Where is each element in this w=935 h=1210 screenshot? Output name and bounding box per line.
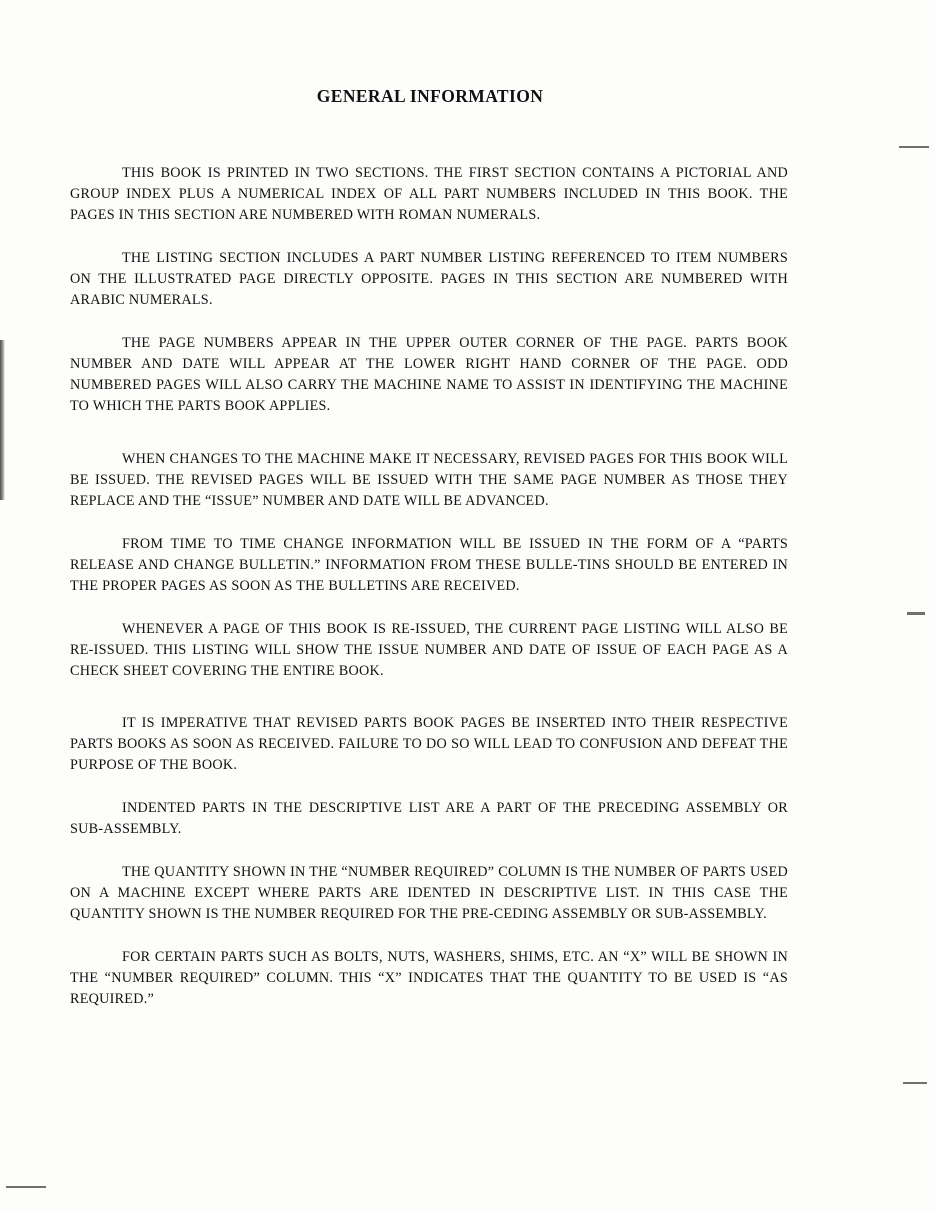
scan-mark <box>6 1186 46 1188</box>
paragraph: THIS BOOK IS PRINTED IN TWO SECTIONS. TH… <box>70 163 788 226</box>
scan-mark <box>899 146 929 148</box>
paragraph: WHEN CHANGES TO THE MACHINE MAKE IT NECE… <box>70 449 788 512</box>
paragraph: THE QUANTITY SHOWN IN THE “NUMBER REQUIR… <box>70 862 788 925</box>
scan-mark <box>903 1082 927 1084</box>
paragraph: FROM TIME TO TIME CHANGE INFORMATION WIL… <box>70 534 788 597</box>
paragraph: THE LISTING SECTION INCLUDES A PART NUMB… <box>70 248 788 311</box>
paragraph: INDENTED PARTS IN THE DESCRIPTIVE LIST A… <box>70 798 788 840</box>
document-body: THIS BOOK IS PRINTED IN TWO SECTIONS. TH… <box>70 163 788 1010</box>
paragraph: FOR CERTAIN PARTS SUCH AS BOLTS, NUTS, W… <box>70 947 788 1010</box>
scan-mark <box>907 612 925 615</box>
page-title: GENERAL INFORMATION <box>0 86 860 107</box>
paragraph: WHENEVER A PAGE OF THIS BOOK IS RE-ISSUE… <box>70 619 788 682</box>
paragraph: IT IS IMPERATIVE THAT REVISED PARTS BOOK… <box>70 713 788 776</box>
paragraph: THE PAGE NUMBERS APPEAR IN THE UPPER OUT… <box>70 333 788 417</box>
scan-edge-artifact <box>0 340 5 500</box>
